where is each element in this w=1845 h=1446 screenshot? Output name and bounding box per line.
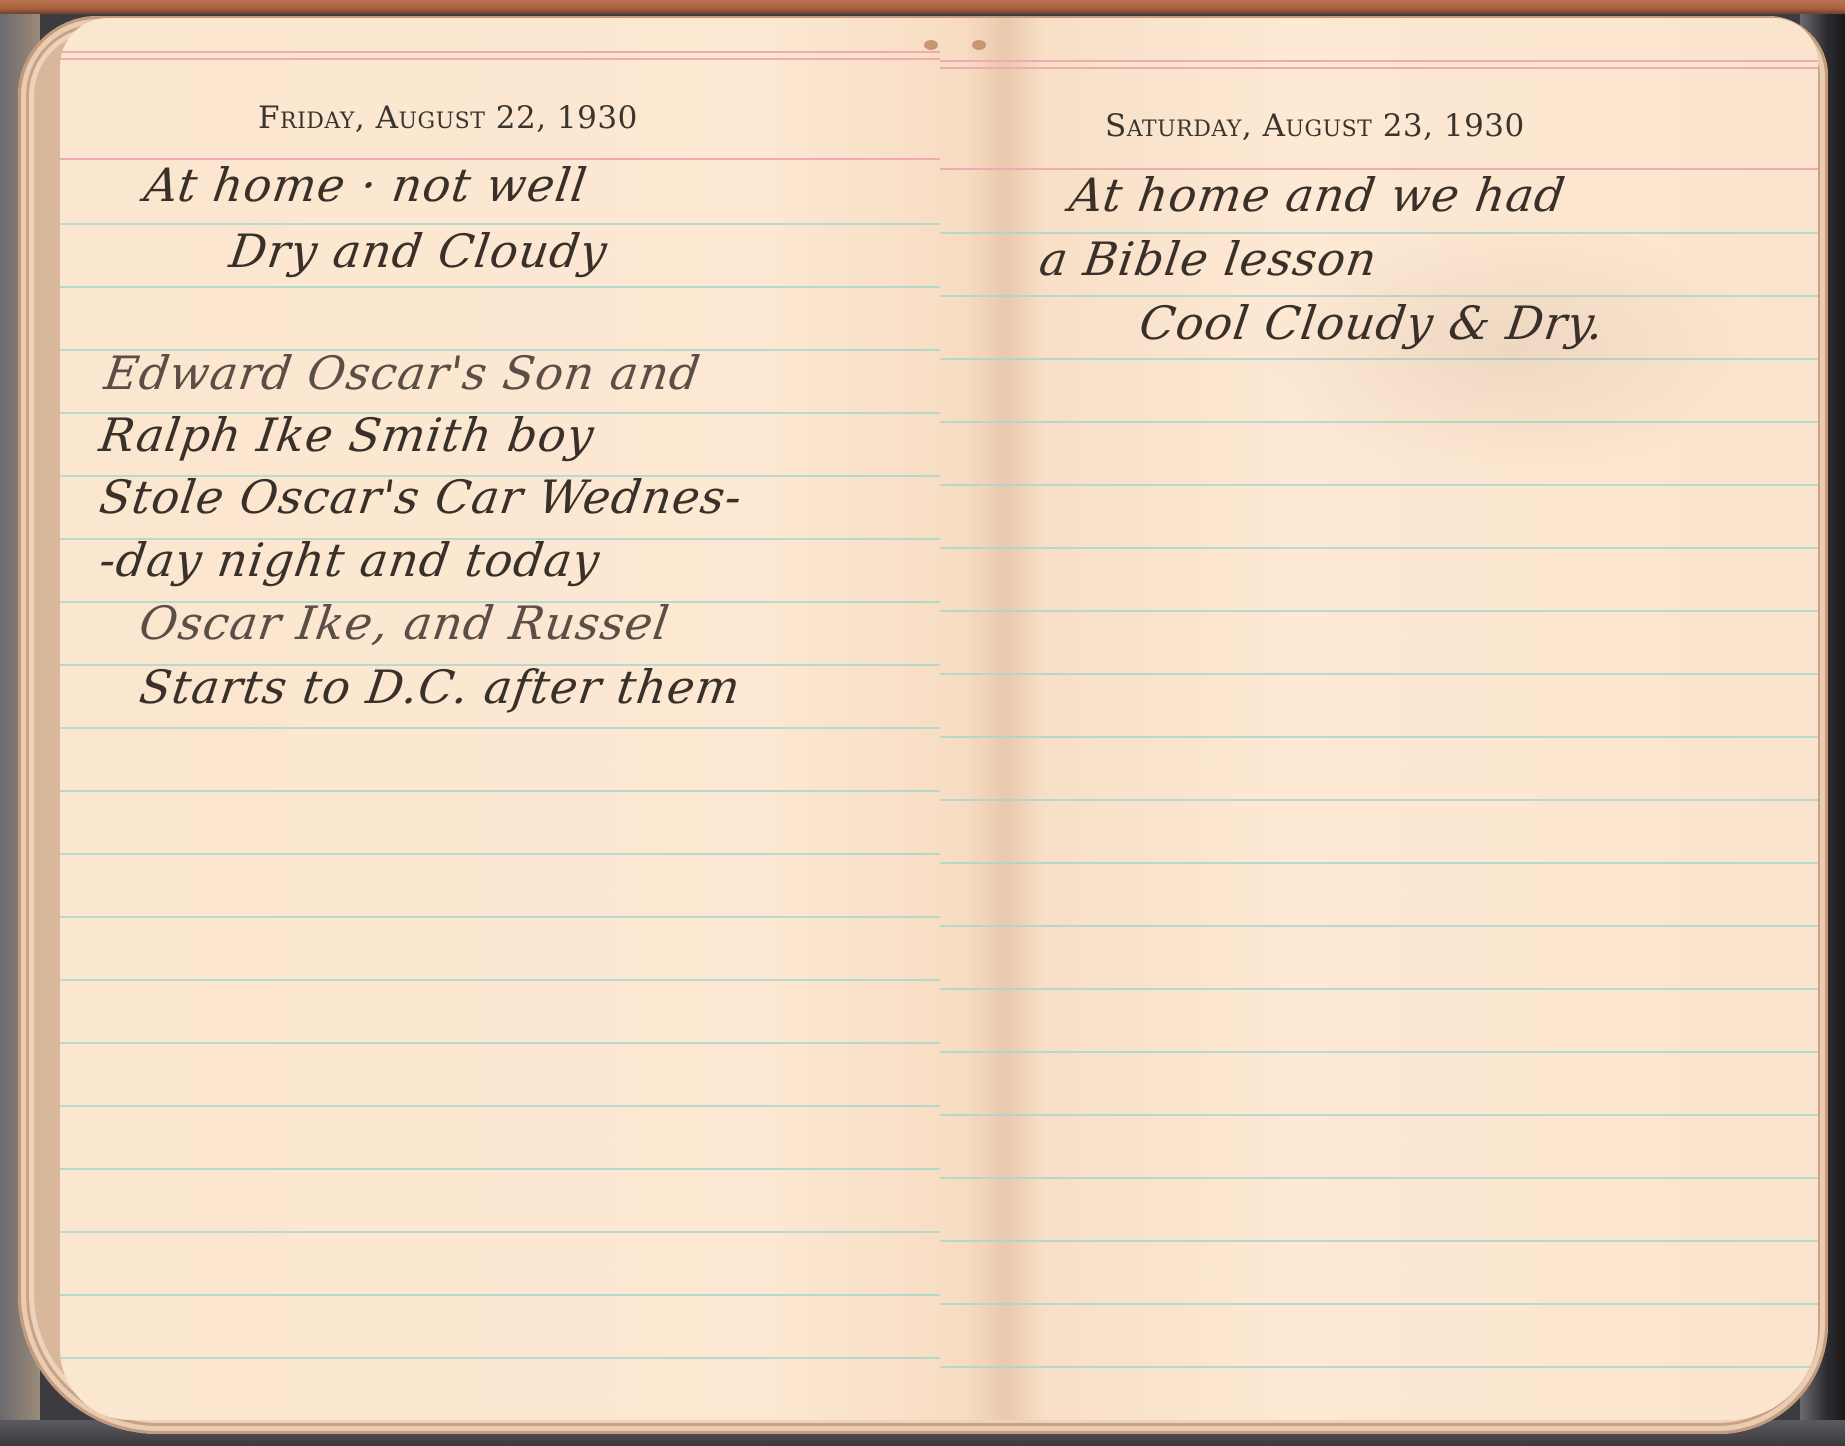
ruled-line bbox=[940, 1240, 1818, 1242]
handwritten-line: Edward Oscar's Son and bbox=[101, 346, 704, 400]
ruled-line bbox=[60, 1042, 940, 1044]
ruled-line bbox=[60, 1294, 940, 1296]
ruled-line bbox=[940, 610, 1818, 612]
ruled-line bbox=[60, 790, 940, 792]
ruled-line bbox=[940, 1303, 1818, 1305]
header-rule-top-double bbox=[940, 67, 1818, 69]
ruled-line bbox=[940, 862, 1818, 864]
ruled-line bbox=[60, 853, 940, 855]
ruled-line bbox=[60, 1168, 940, 1170]
handwritten-line: Ralph Ike Smith boy bbox=[96, 408, 598, 462]
handwritten-line: a Bible lesson bbox=[1036, 232, 1381, 286]
header-rule-top bbox=[60, 51, 940, 53]
left-page: Friday, August 22, 1930 At home · not we… bbox=[60, 18, 940, 1420]
ruled-line bbox=[60, 979, 940, 981]
ruled-line bbox=[940, 547, 1818, 549]
ruled-line bbox=[60, 916, 940, 918]
ruled-line bbox=[940, 1366, 1818, 1368]
ruled-line bbox=[940, 736, 1818, 738]
page-date-heading: Saturday, August 23, 1930 bbox=[1105, 108, 1525, 144]
ruled-line bbox=[940, 925, 1818, 927]
ruled-line bbox=[60, 1105, 940, 1107]
ruled-line bbox=[60, 1357, 940, 1359]
ruled-line bbox=[940, 484, 1818, 486]
binding-spot bbox=[972, 40, 986, 50]
diary-spread: Friday, August 22, 1930 At home · not we… bbox=[60, 18, 1818, 1420]
right-page: Saturday, August 23, 1930 At home and we… bbox=[940, 18, 1818, 1420]
handwritten-line: -day night and today bbox=[96, 533, 603, 587]
binding-spot bbox=[924, 40, 938, 50]
ruled-line bbox=[60, 286, 940, 288]
header-rule-top bbox=[940, 60, 1818, 62]
ruled-line bbox=[940, 1177, 1818, 1179]
handwritten-line: Starts to D.C. after them bbox=[136, 660, 744, 714]
handwritten-line: Oscar Ike, and Russel bbox=[136, 596, 673, 650]
ruled-line bbox=[940, 1114, 1818, 1116]
ruled-line bbox=[940, 799, 1818, 801]
ruled-line bbox=[940, 988, 1818, 990]
handwritten-line: Stole Oscar's Car Wednes- bbox=[96, 470, 746, 524]
page-date-heading: Friday, August 22, 1930 bbox=[258, 100, 638, 136]
ruled-line bbox=[60, 1231, 940, 1233]
background-top-edge bbox=[0, 0, 1845, 14]
handwritten-line: At home · not well bbox=[141, 158, 591, 212]
header-rule-top-double bbox=[60, 58, 940, 60]
handwritten-line: Dry and Cloudy bbox=[226, 224, 611, 278]
ruled-line bbox=[940, 1051, 1818, 1053]
handwritten-line: At home and we had bbox=[1066, 168, 1569, 222]
ruled-line bbox=[60, 727, 940, 729]
ruled-line bbox=[940, 673, 1818, 675]
handwritten-line: Cool Cloudy & Dry. bbox=[1136, 296, 1608, 350]
